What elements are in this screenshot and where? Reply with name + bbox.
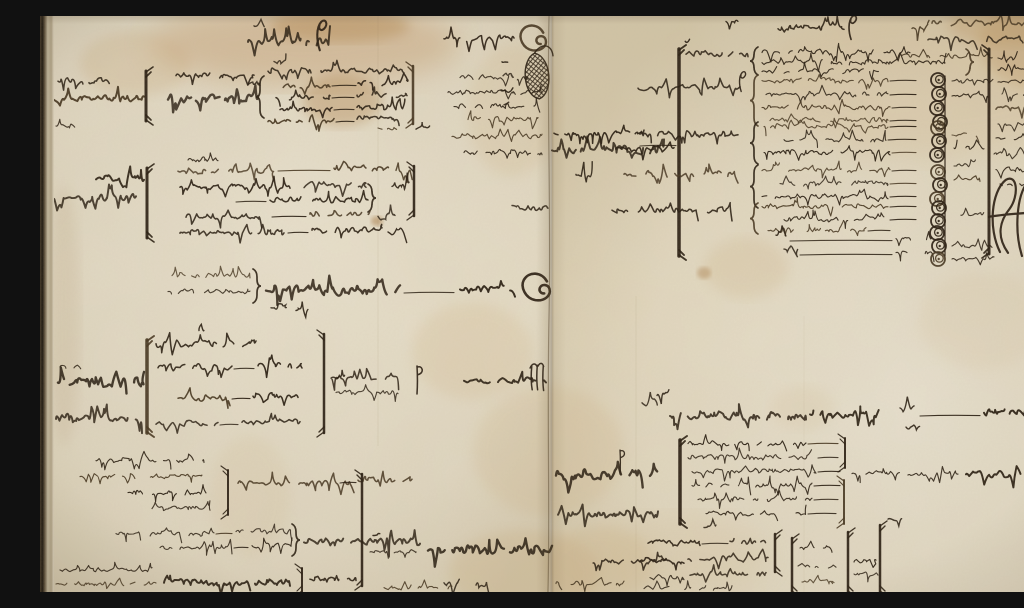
manuscript-svg (40, 16, 1024, 592)
page-edges (40, 16, 1024, 592)
paper-grain (40, 16, 1024, 592)
manuscript-scan: Late-medieval genealogical register, sho… (40, 16, 1024, 592)
